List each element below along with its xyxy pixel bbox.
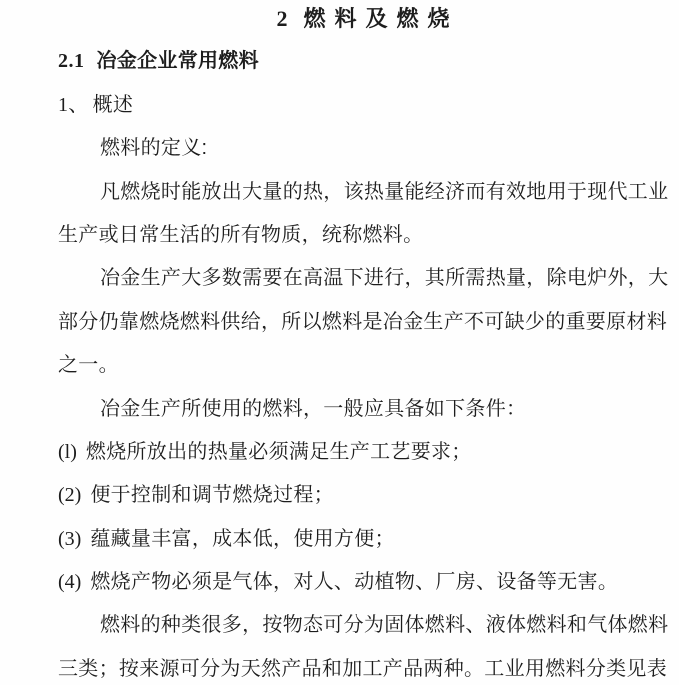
list-item-1-marker: (l) <box>58 441 77 463</box>
list-item-2-text: 便于控制和调节燃烧过程； <box>90 484 334 506</box>
chapter-number: 2 <box>276 6 287 31</box>
list-item-2-marker: (2) <box>58 484 81 506</box>
chapter-title: 2燃料及燃烧 <box>58 0 668 40</box>
subsection-title-text: 概述 <box>93 94 134 116</box>
document-page: 2燃料及燃烧 2.1冶金企业常用燃料 1、概述 燃料的定义: 凡燃烧时能放出大量… <box>0 0 679 685</box>
chapter-title-text: 燃料及燃烧 <box>303 6 458 31</box>
section-title-text: 冶金企业常用燃料 <box>97 50 259 72</box>
list-item-4: (4)燃烧产物必须是气体，对人、动植物、厂房、设备等无害。 <box>58 561 668 604</box>
paragraph-definition-line-1: 凡燃烧时能放出大量的热，该热量能经济而有效地用于现代工业 <box>58 171 668 214</box>
paragraph-types-line-1: 燃料的种类很多，按物态可分为固体燃料、液体燃料和气体燃料 <box>58 604 668 647</box>
list-item-3-marker: (3) <box>58 528 81 550</box>
list-item-1: (l)燃烧所放出的热量必须满足生产工艺要求； <box>58 431 668 474</box>
section-heading: 2.1冶金企业常用燃料 <box>58 40 668 83</box>
paragraph-conditions-intro: 冶金生产所使用的燃料，一般应具备如下条件： <box>58 388 668 431</box>
paragraph-metallurgy-line-3: 之一。 <box>58 344 668 387</box>
paragraph-metallurgy-line-1: 冶金生产大多数需要在高温下进行，其所需热量，除电炉外，大 <box>58 257 668 300</box>
list-item-4-text: 燃烧产物必须是气体，对人、动植物、厂房、设备等无害。 <box>90 571 618 593</box>
section-number: 2.1 <box>58 50 85 72</box>
paragraph-definition-label: 燃料的定义: <box>58 127 668 170</box>
paragraph-types-line-2: 三类；按来源可分为天然产品和加工产品两种。工业用燃料分类见表 <box>58 648 668 685</box>
paragraph-definition-line-2: 生产或日常生活的所有物质，统称燃料。 <box>58 214 668 257</box>
list-item-1-text: 燃烧所放出的热量必须满足生产工艺要求； <box>86 441 472 463</box>
list-item-3-text: 蕴藏量丰富，成本低，使用方便； <box>90 528 395 550</box>
subsection-heading: 1、概述 <box>58 84 668 127</box>
list-item-4-marker: (4) <box>58 571 81 593</box>
paragraph-metallurgy-line-2: 部分仍靠燃烧燃料供给，所以燃料是冶金生产不可缺少的重要原材料 <box>58 301 668 344</box>
subsection-number: 1、 <box>58 94 89 116</box>
list-item-3: (3)蕴藏量丰富，成本低，使用方便； <box>58 518 668 561</box>
list-item-2: (2)便于控制和调节燃烧过程； <box>58 474 668 517</box>
